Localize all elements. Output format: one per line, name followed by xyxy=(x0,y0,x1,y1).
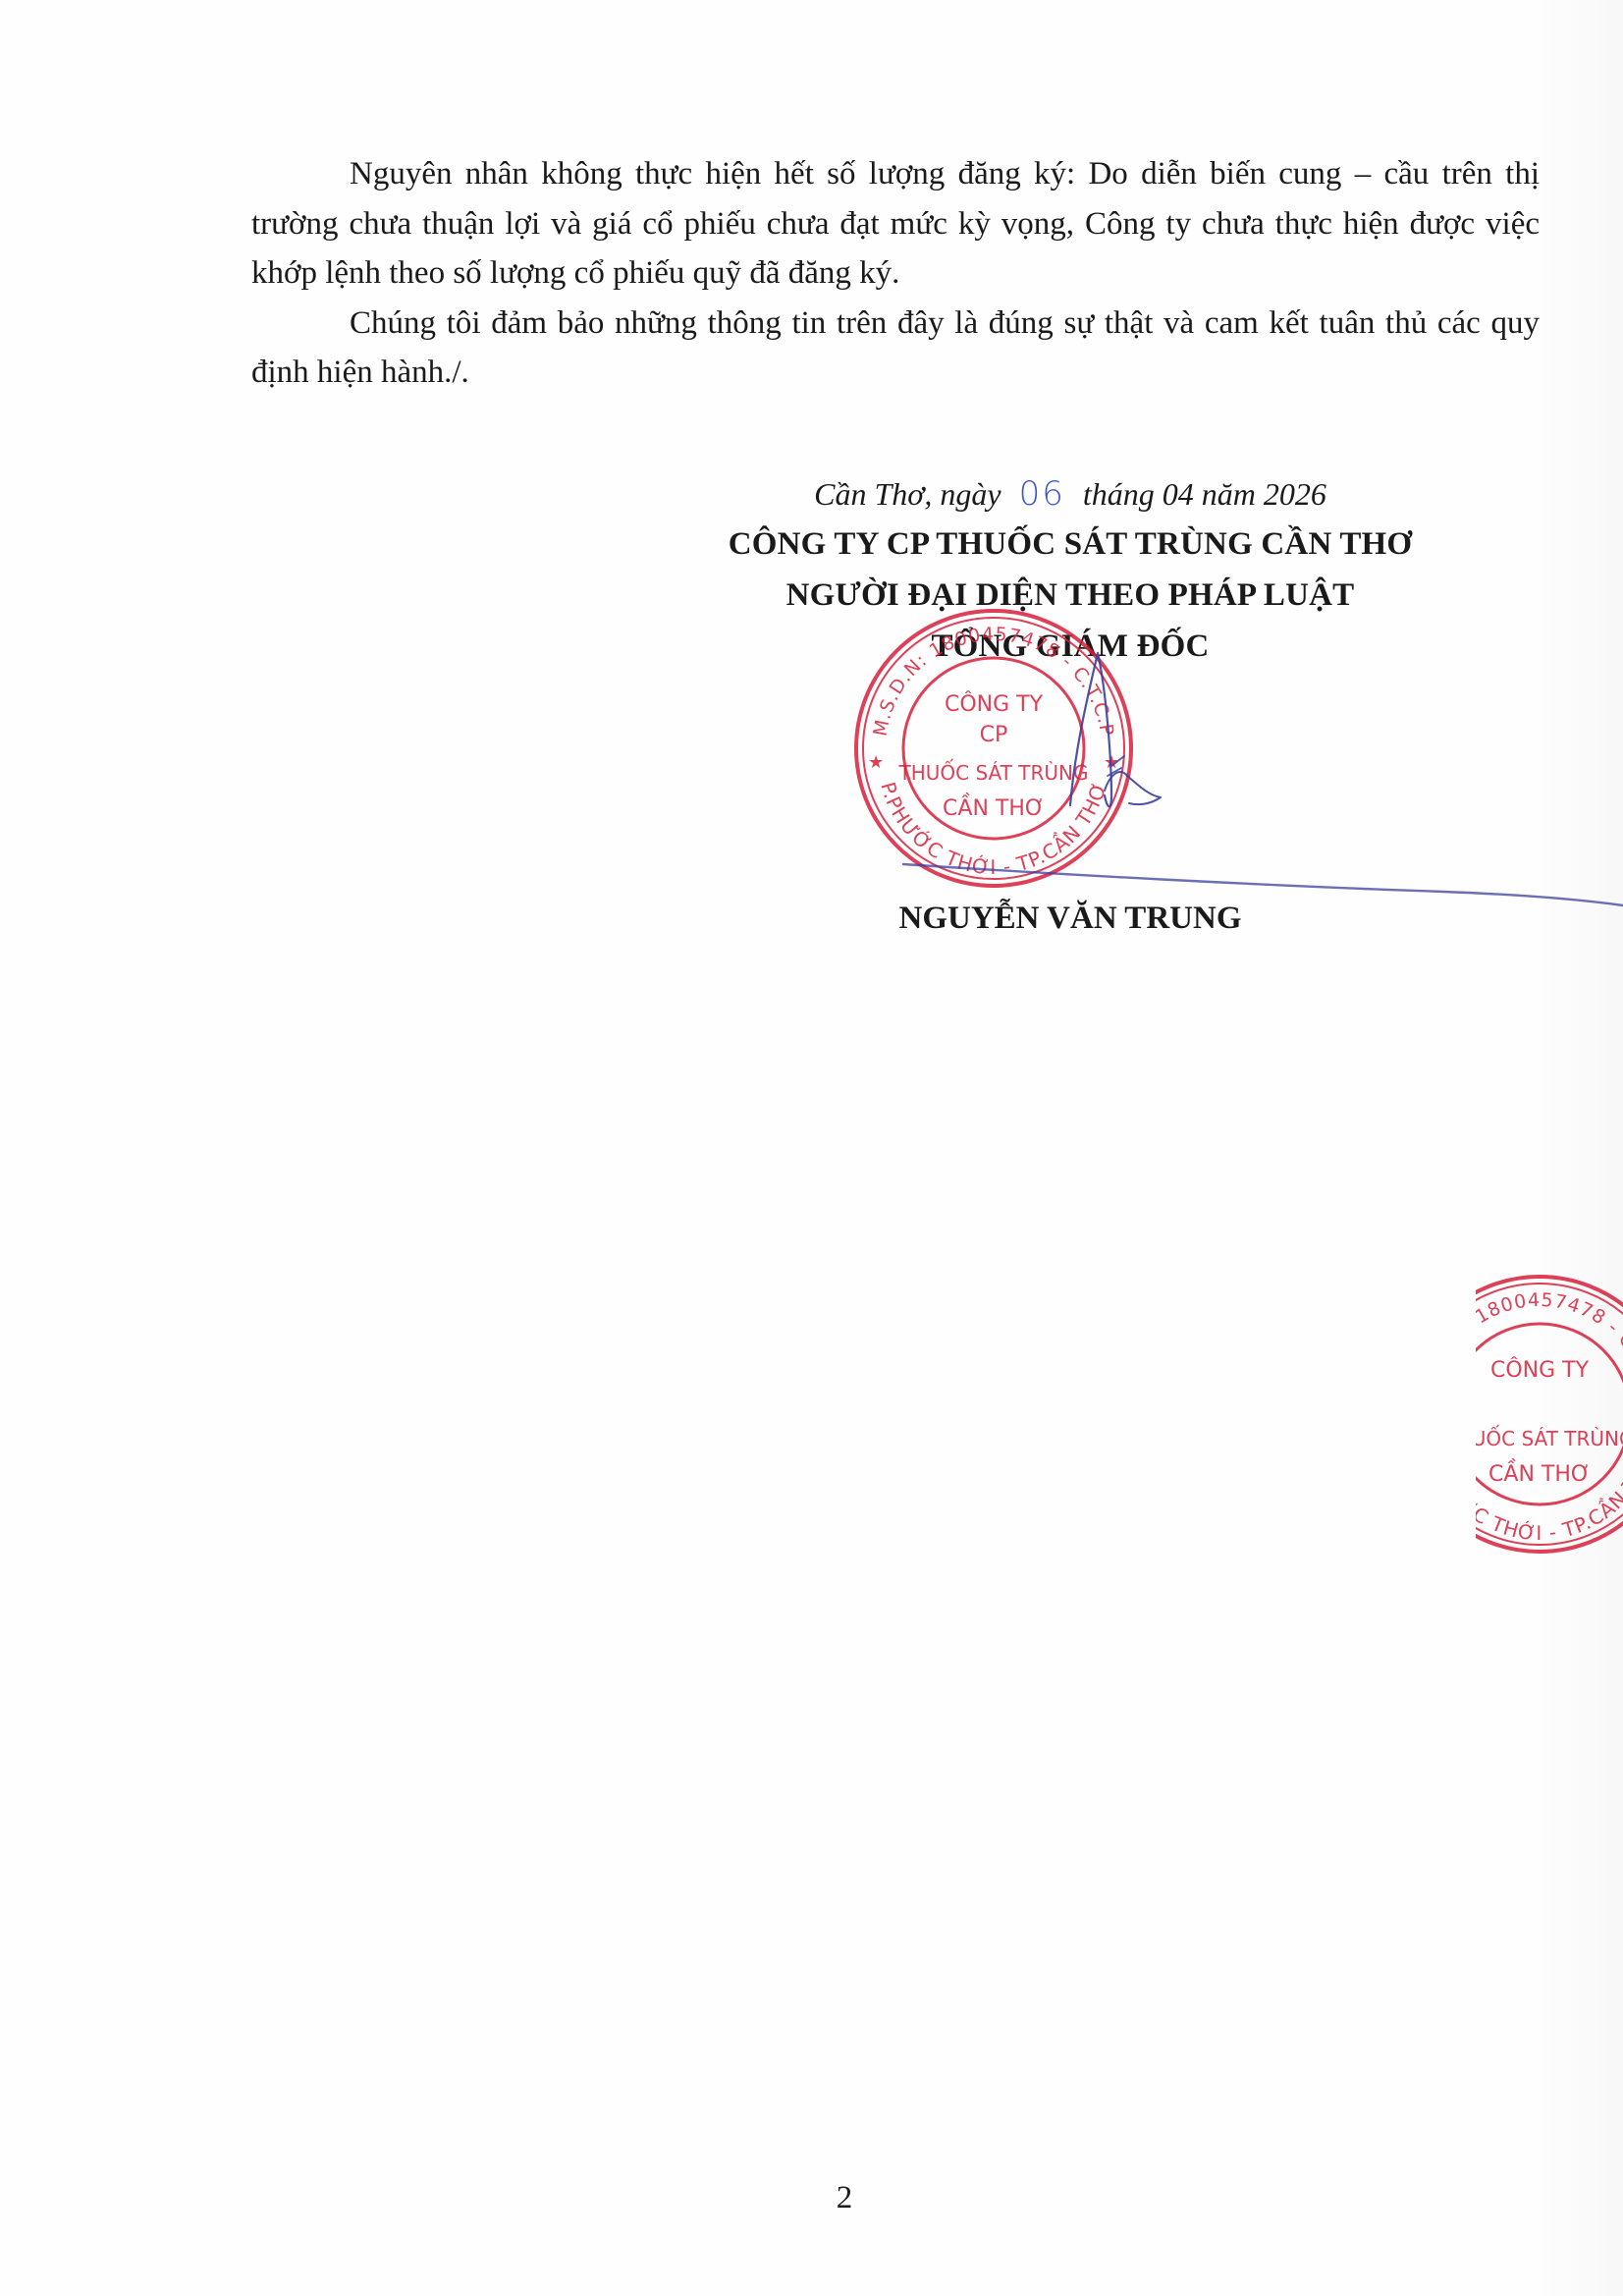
handwritten-day: 06 xyxy=(1009,474,1075,514)
date-prefix: Cần Thơ, ngày xyxy=(814,476,1001,512)
representative-title: NGƯỜI ĐẠI DIỆN THEO PHÁP LUẬT xyxy=(628,570,1512,621)
date-line: Cần Thơ, ngày 06 tháng 04 năm 2026 xyxy=(628,469,1512,519)
svg-text:CÔNG TY: CÔNG TY xyxy=(945,691,1044,717)
company-name: CÔNG TY CP THUỐC SÁT TRÙNG CẦN THƠ xyxy=(628,519,1512,570)
scan-shadow xyxy=(1535,0,1623,2296)
svg-text:THUỐC SÁT TRÙNG: THUỐC SÁT TRÙNG xyxy=(898,759,1089,785)
position-title: TỔNG GIÁM ĐỐC xyxy=(628,621,1512,672)
handwritten-signature-icon xyxy=(854,629,1623,923)
paragraph-reason: Nguyên nhân không thực hiện hết số lượng… xyxy=(251,149,1540,299)
date-suffix: tháng 04 năm 2026 xyxy=(1083,476,1326,512)
page-number: 2 xyxy=(785,2178,903,2217)
signer-name: NGUYỄN VĂN TRUNG xyxy=(628,894,1512,943)
signature-block: Cần Thơ, ngày 06 tháng 04 năm 2026 CÔNG … xyxy=(628,469,1512,672)
svg-text:CP: CP xyxy=(980,723,1008,747)
svg-text:★: ★ xyxy=(868,752,884,773)
document-page: Nguyên nhân không thực hiện hết số lượng… xyxy=(0,0,1623,2296)
svg-text:CẦN THƠ: CẦN THƠ xyxy=(943,793,1045,821)
svg-text:P.PHƯỚC THỚI - TP.CẦN THƠ: P.PHƯỚC THỚI - TP.CẦN THƠ xyxy=(876,779,1111,879)
paragraph-commitment: Chúng tôi đảm bảo những thông tin trên đ… xyxy=(251,299,1540,398)
svg-text:★: ★ xyxy=(1104,752,1119,773)
body-text: Nguyên nhân không thực hiện hết số lượng… xyxy=(251,149,1540,398)
